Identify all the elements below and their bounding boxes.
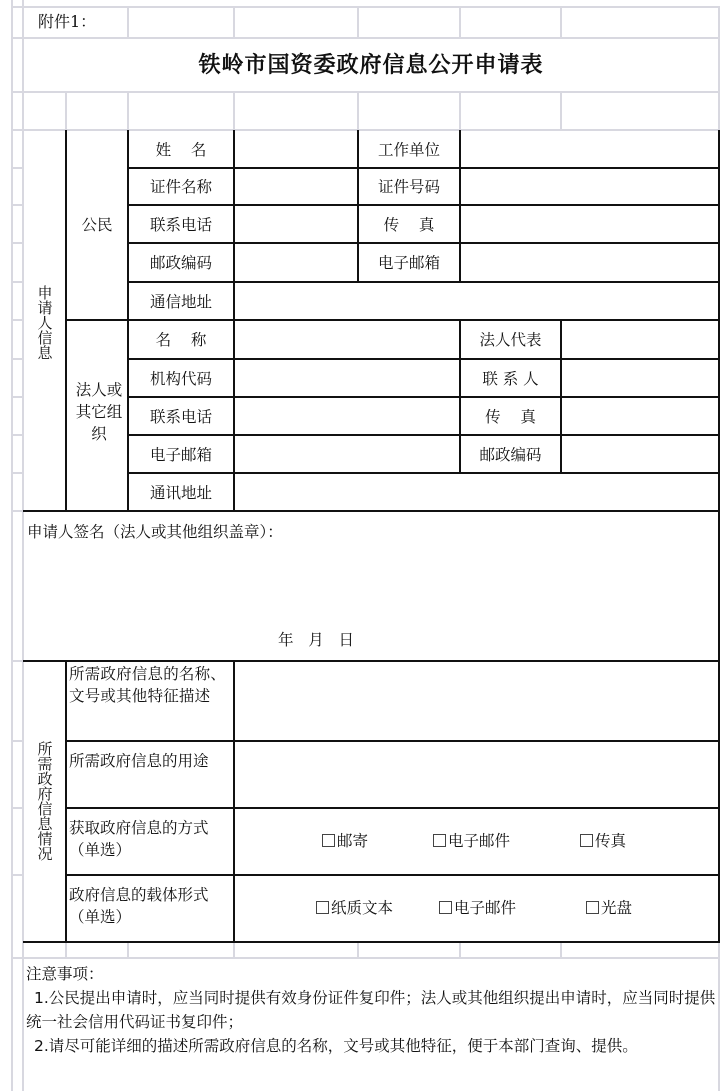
field-label: 证件号码 (359, 169, 459, 205)
field-label: 传 真 (359, 206, 459, 243)
field-label: 通信地址 (129, 283, 233, 320)
contact-person-input[interactable] (562, 360, 718, 396)
field-label: 联系电话 (129, 398, 233, 435)
org-fax-input[interactable] (562, 398, 718, 434)
org-address-input[interactable] (235, 474, 718, 510)
info-label: 所需政府信息的名称、文号或其他特征描述 (69, 663, 235, 707)
option-disc[interactable]: 光盘 (586, 898, 632, 918)
org-phone-input[interactable] (235, 398, 459, 434)
option-fax[interactable]: 传真 (580, 831, 626, 851)
field-label: 邮政编码 (461, 436, 560, 473)
field-label: 机构代码 (129, 360, 233, 397)
work-unit-input[interactable] (461, 131, 718, 167)
field-label: 名 称 (129, 321, 233, 359)
notes: 注意事项： 1.公民提出申请时，应当同时提供有效身份证件复印件；法人或其他组织提… (26, 962, 720, 1058)
page-title: 铁岭市国资委政府信息公开申请表 (23, 44, 719, 88)
fax-input[interactable] (461, 206, 718, 242)
applicant-section-label: 申请人信息 (34, 286, 54, 361)
org-postal-input[interactable] (562, 436, 718, 472)
field-label: 传 真 (461, 398, 560, 435)
address-input[interactable] (235, 283, 718, 319)
signature-label: 申请人签名（法人或其他组织盖章）： (27, 522, 283, 542)
checkbox-icon (439, 901, 452, 914)
field-label: 证件名称 (129, 169, 233, 205)
date-label: 年 月 日 (278, 630, 354, 650)
info-description-input[interactable] (235, 662, 718, 740)
info-label: 获取政府信息的方式（单选） (69, 817, 229, 861)
legal-rep-input[interactable] (562, 321, 718, 358)
field-label: 联系电话 (129, 206, 233, 243)
field-label: 联 系 人 (461, 360, 560, 397)
info-label: 所需政府信息的用途 (69, 750, 229, 772)
field-label: 工作单位 (359, 131, 459, 168)
checkbox-icon (316, 901, 329, 914)
note-item: 1.公民提出申请时，应当同时提供有效身份证件复印件；法人或其他组织提出申请时，应… (26, 986, 720, 1034)
checkbox-icon (586, 901, 599, 914)
option-mail[interactable]: 邮寄 (322, 831, 368, 851)
info-section-label: 所需政府信息情况 (34, 742, 54, 862)
field-label: 电子邮箱 (129, 436, 233, 473)
notes-title: 注意事项： (26, 962, 720, 986)
field-label: 法人代表 (461, 321, 560, 359)
org-email-input[interactable] (235, 436, 459, 472)
phone-input[interactable] (235, 206, 357, 242)
checkbox-icon (580, 834, 593, 847)
option-paper[interactable]: 纸质文本 (316, 898, 393, 918)
option-email[interactable]: 电子邮件 (433, 831, 510, 851)
citizen-label: 公民 (67, 131, 127, 319)
org-name-input[interactable] (235, 321, 459, 358)
id-type-input[interactable] (235, 169, 357, 204)
field-label: 通讯地址 (129, 474, 233, 511)
field-label: 姓 名 (129, 131, 233, 168)
org-code-input[interactable] (235, 360, 459, 396)
option-electronic[interactable]: 电子邮件 (439, 898, 516, 918)
name-input[interactable] (235, 131, 357, 167)
info-purpose-input[interactable] (235, 742, 718, 807)
organization-label: 法人或其它组织 (69, 379, 129, 445)
checkbox-icon (322, 834, 335, 847)
field-label: 电子邮箱 (359, 244, 459, 282)
attachment-label: 附件1： (38, 12, 96, 32)
checkbox-icon (433, 834, 446, 847)
email-input[interactable] (461, 244, 718, 281)
id-number-input[interactable] (461, 169, 718, 204)
note-item: 2.请尽可能详细的描述所需政府信息的名称，文号或其他特征，便于本部门查询、提供。 (26, 1034, 720, 1058)
info-label: 政府信息的载体形式（单选） (69, 884, 229, 928)
field-label: 邮政编码 (129, 244, 233, 282)
postal-code-input[interactable] (235, 244, 357, 281)
